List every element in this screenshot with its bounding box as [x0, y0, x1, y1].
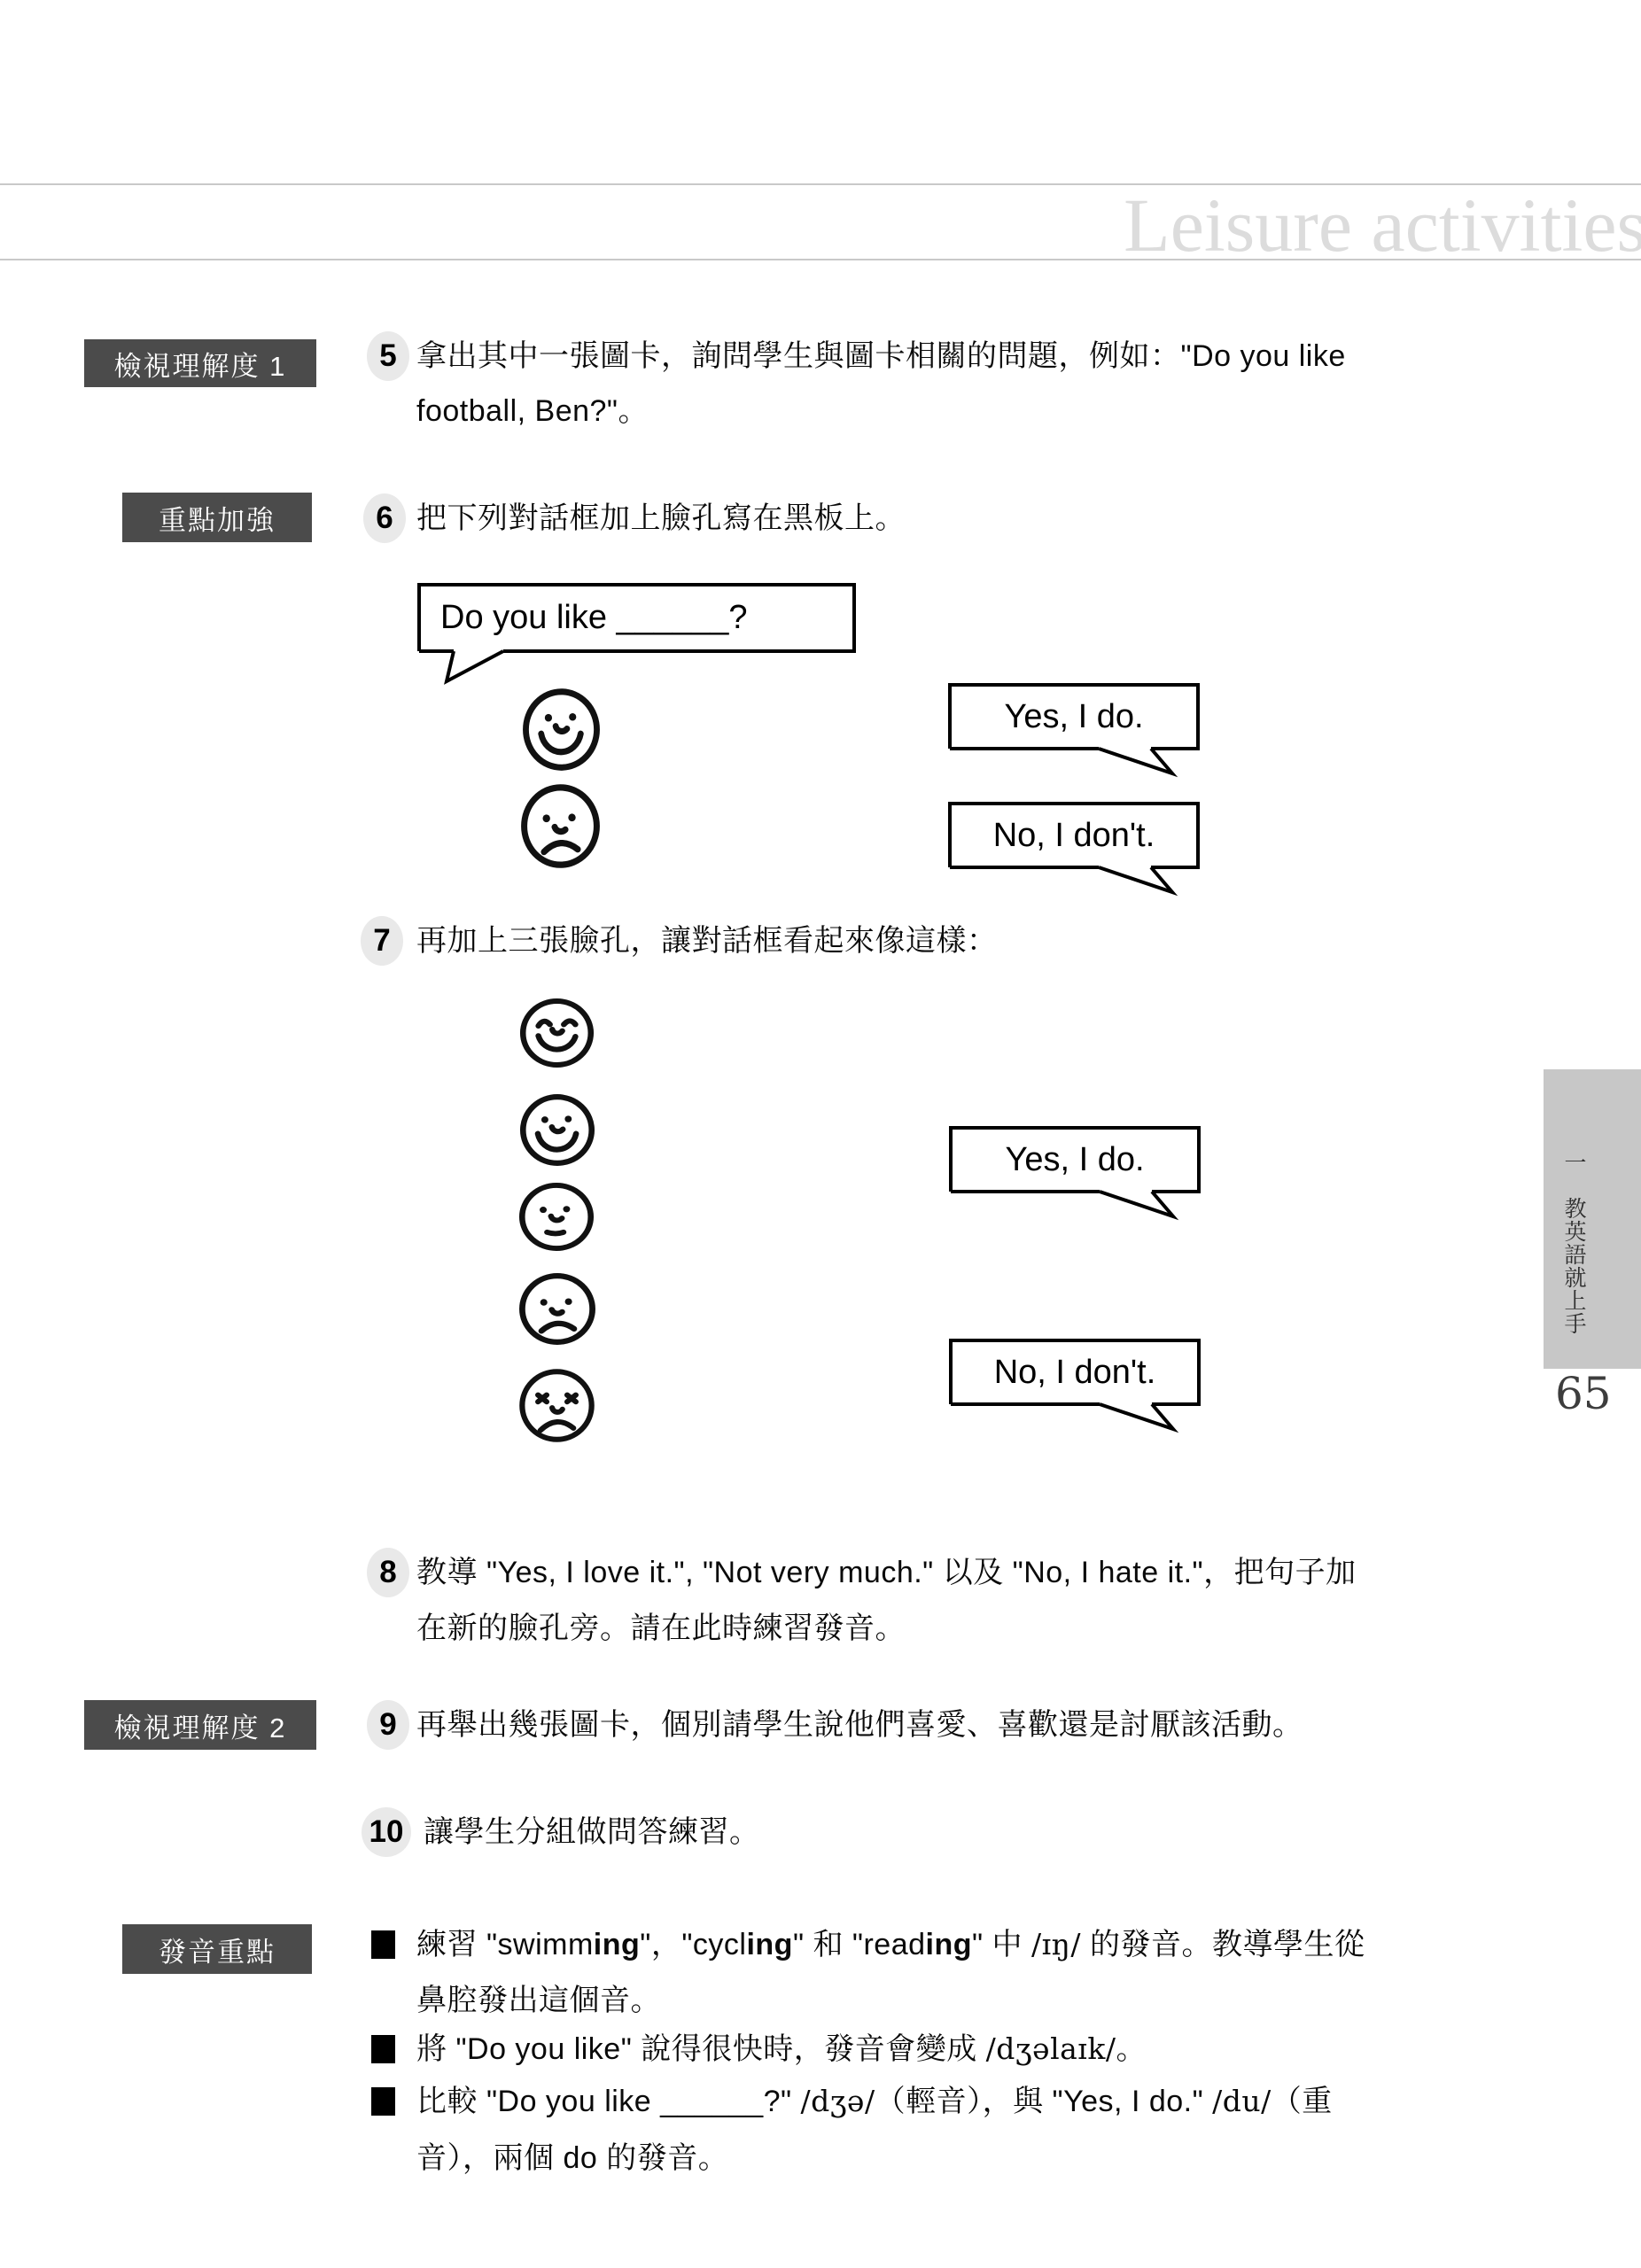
page-number: 65 — [1555, 1368, 1612, 1419]
step-6-text: 把下列對話框加上臉孔寫在黑板上。 — [416, 499, 906, 538]
happy-face-icon — [518, 1093, 596, 1167]
sad-face-icon — [519, 783, 602, 869]
step-9-text: 再舉出幾張圖卡，個別請學生說他們喜愛、喜歡還是討厭該活動。 — [416, 1705, 1303, 1744]
step-number-10: 10 — [362, 1807, 411, 1857]
step-number-8: 8 — [367, 1548, 409, 1597]
chapter-title: Leisure activities — [1124, 186, 1641, 264]
chapter-side-tab-label: 一 教英語就上手 — [1558, 1151, 1590, 1335]
no-bubble-text: No, I don't. — [950, 816, 1198, 855]
question-bubble-text: Do you like ______? — [440, 598, 747, 637]
step-5-text-line2: football, Ben?"。 — [416, 392, 649, 431]
step-8-text-line1: 教導 "Yes, I love it.", "Not very much." 以… — [416, 1553, 1357, 1592]
pronunciation-note-1-line2: 鼻腔發出這個音。 — [416, 1981, 661, 2020]
label-pronunciation: 發音重點 — [122, 1924, 312, 1974]
no-bubble-text: No, I don't. — [951, 1353, 1199, 1392]
sad-face-icon — [517, 1272, 597, 1346]
book-page: Leisure activities 檢視理解度 1 重點加強 檢視理解度 2 … — [0, 0, 1641, 2268]
yes-bubble-text: Yes, I do. — [951, 1140, 1199, 1179]
pronunciation-note-2: 將 "Do you like" 說得很快時，發音會變成 /dʒəlaɪk/。 — [416, 2030, 1147, 2069]
step-5-text-line1: 拿出其中一張圖卡，詢問學生與圖卡相關的問題，例如："Do you like — [416, 337, 1346, 376]
step-7-text: 再加上三張臉孔，讓對話框看起來像這樣： — [416, 921, 998, 960]
neutral-face-icon — [517, 1182, 595, 1252]
crying-face-icon — [517, 1368, 596, 1443]
step-10-text: 讓學生分組做問答練習。 — [424, 1813, 760, 1852]
label-check-comprehension-2: 檢視理解度 2 — [84, 1700, 316, 1750]
chapter-side-tab: 一 教英語就上手 — [1544, 1069, 1641, 1369]
step-number-7: 7 — [361, 916, 403, 966]
pronunciation-note-3-line2: 音），兩個 do 的發音。 — [416, 2139, 728, 2178]
label-reinforce: 重點加強 — [122, 493, 312, 542]
yes-bubble-text: Yes, I do. — [950, 697, 1198, 736]
pronunciation-note-3-line1: 比較 "Do you like ______?" /dʒə/（輕音），與 "Ye… — [416, 2082, 1333, 2121]
square-bullet-icon — [371, 1930, 395, 1959]
square-bullet-icon — [371, 2087, 395, 2116]
step-number-9: 9 — [367, 1700, 409, 1750]
square-bullet-icon — [371, 2035, 395, 2063]
very-happy-face-icon — [518, 998, 595, 1068]
step-number-5: 5 — [367, 331, 409, 381]
step-number-6: 6 — [363, 493, 406, 543]
pronunciation-note-1-line1: 練習 "swimming"，"cycling" 和 "reading" 中 /ɪ… — [416, 1925, 1365, 1964]
step-8-text-line2: 在新的臉孔旁。請在此時練習發音。 — [416, 1609, 906, 1648]
label-check-comprehension-1: 檢視理解度 1 — [84, 339, 316, 387]
header-rule-bottom — [0, 259, 1641, 260]
happy-face-icon — [521, 687, 602, 772]
